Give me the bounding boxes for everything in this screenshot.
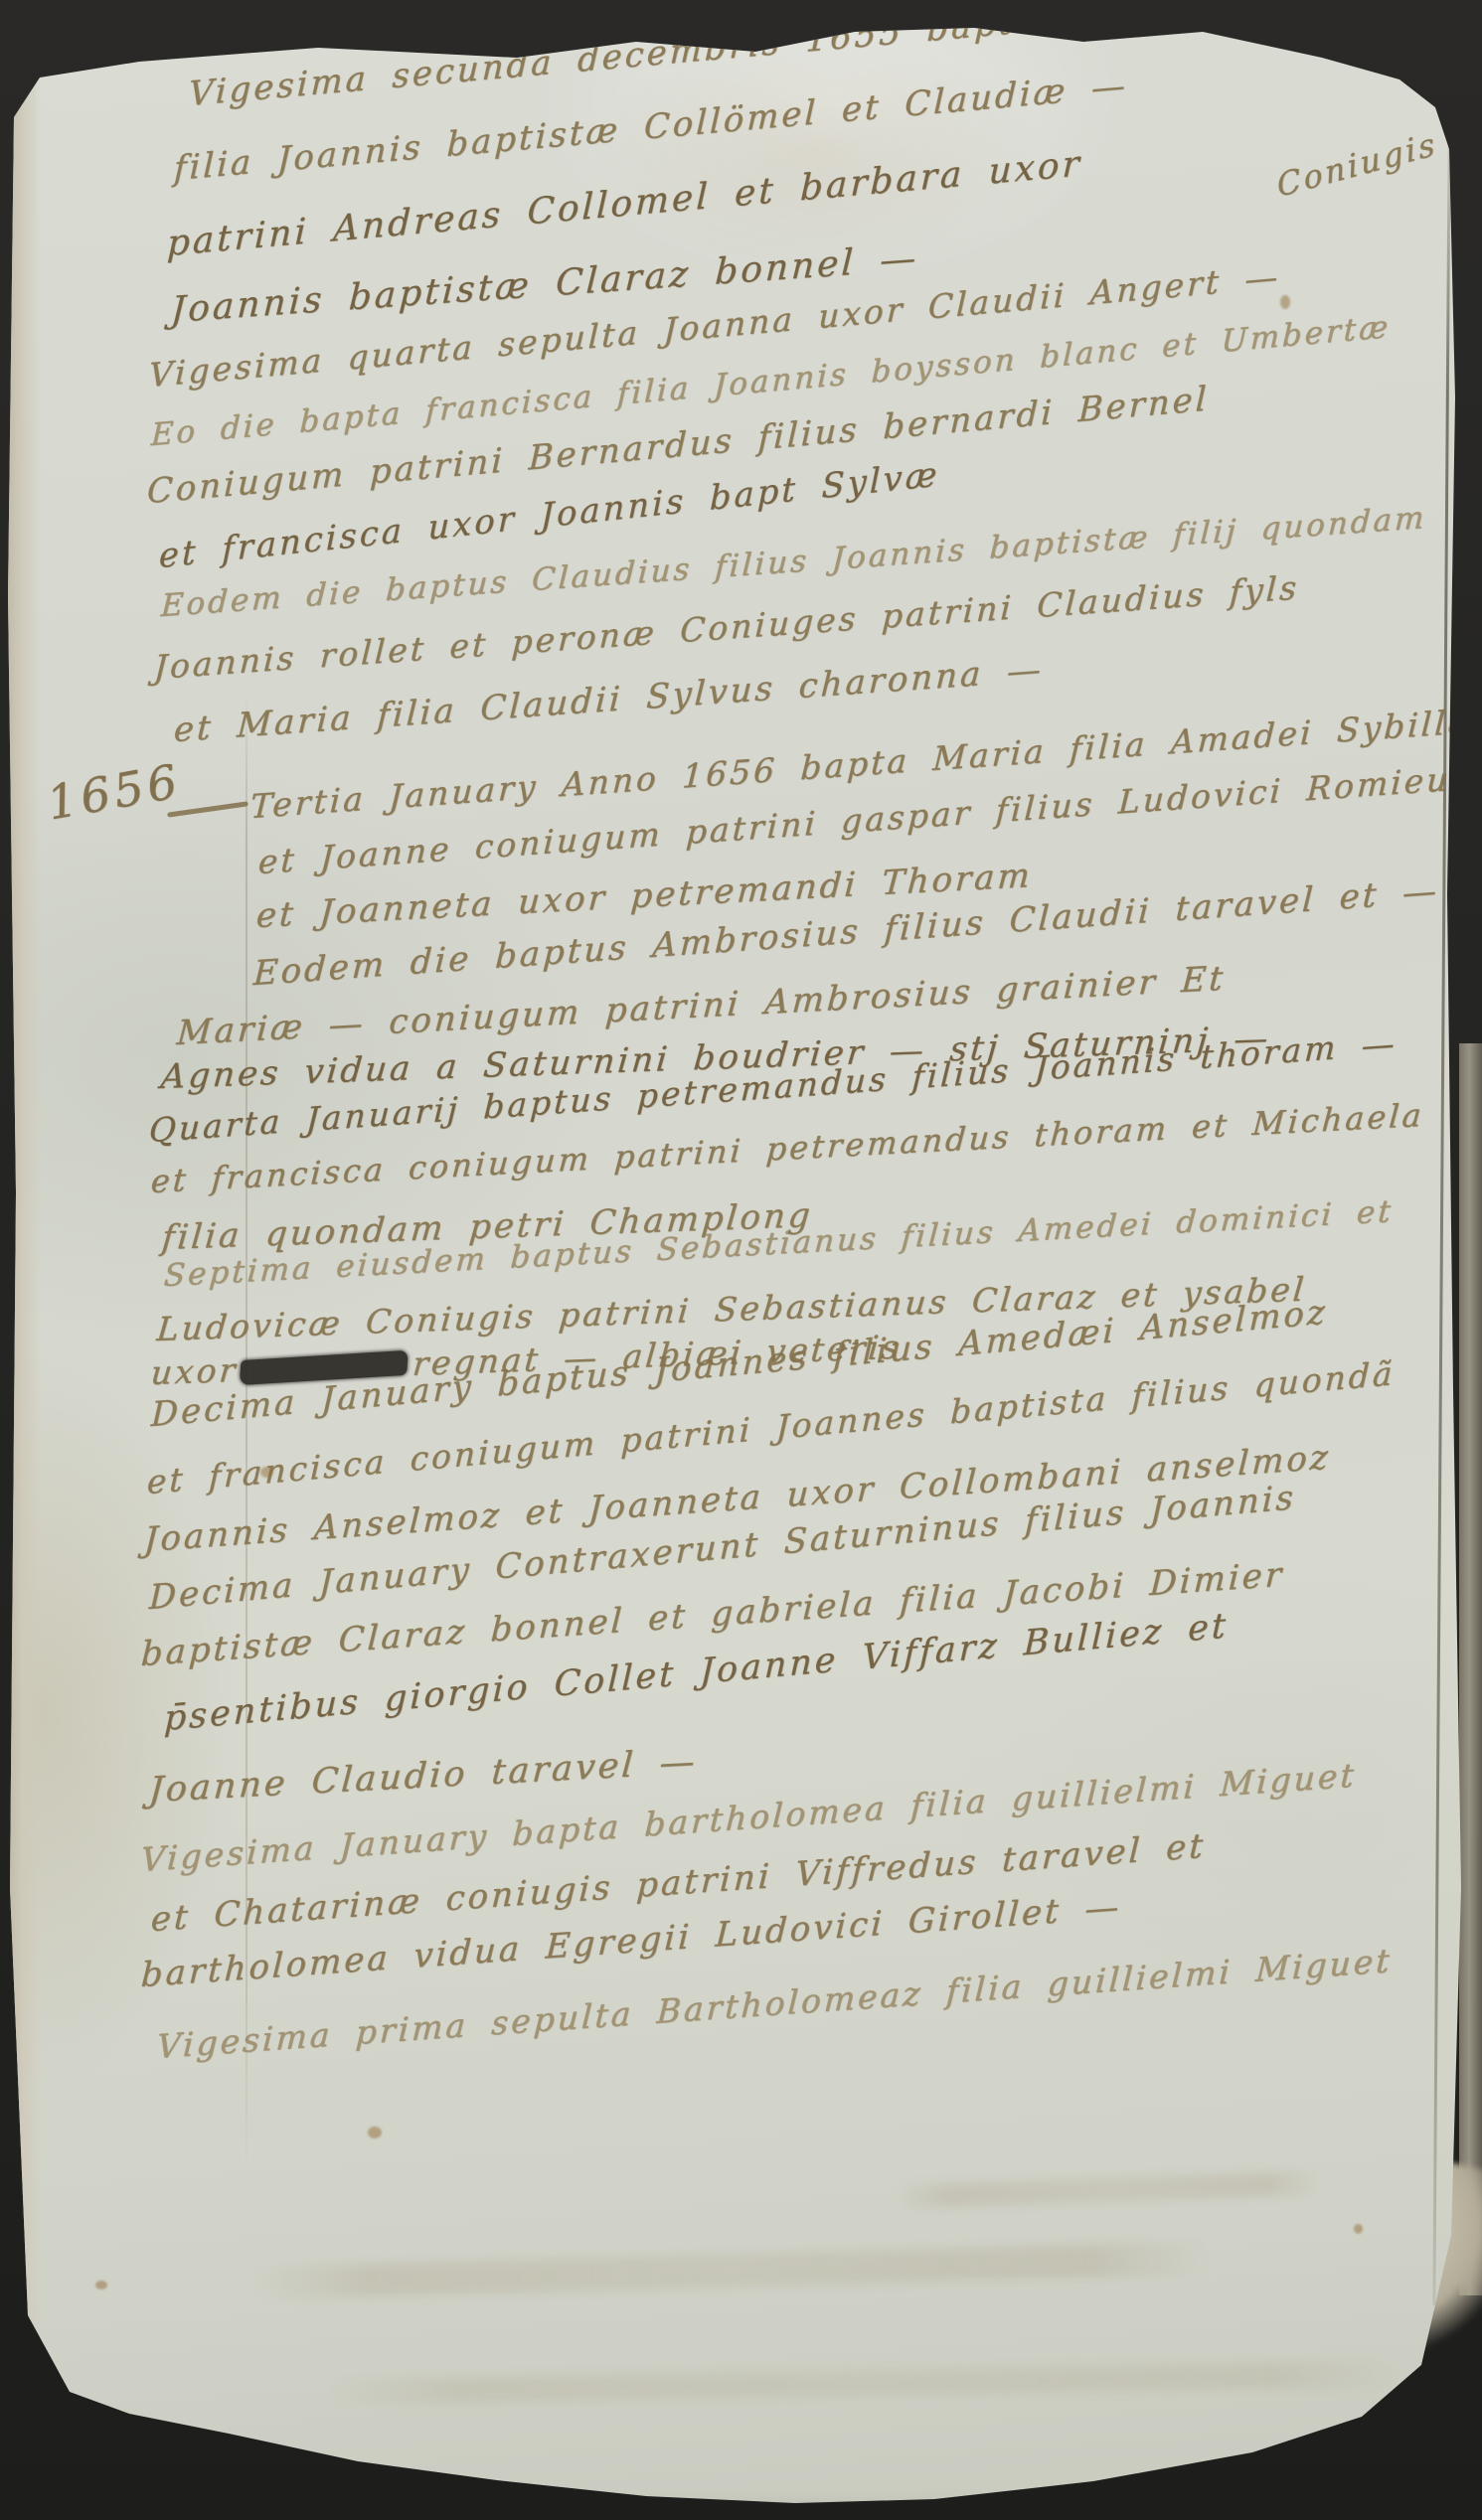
foxing-speck: [260, 1467, 273, 1478]
bleed-through-smudge: [253, 2241, 1209, 2299]
page-stack-fore-edge: [1459, 1043, 1482, 2295]
bleed-through-smudge: [328, 2361, 1401, 2406]
foxing-speck: [1280, 295, 1290, 309]
page-edge-line: [1432, 139, 1450, 2305]
margin-year: 1656: [43, 754, 185, 832]
bleed-through-smudge: [895, 2171, 1323, 2210]
photographed-register-scan: ö ʼ ʼ ð Vigesima secunda decembris 1655 …: [0, 0, 1482, 2520]
redacted-line-before: uxor: [149, 1350, 240, 1392]
binding-edge-shading: [0, 60, 42, 2444]
corner-mark: ö ʼ ʼ ð: [1120, 1, 1255, 43]
foxing-speck: [1354, 2224, 1363, 2234]
register-line: Coniugis: [1274, 124, 1439, 205]
foxing-speck: [368, 2126, 382, 2138]
manuscript-page: ö ʼ ʼ ð Vigesima secunda decembris 1655 …: [0, 0, 1482, 2520]
foxing-speck: [95, 2281, 107, 2289]
register-line: Joanne Claudio taravel —: [148, 1742, 699, 1811]
